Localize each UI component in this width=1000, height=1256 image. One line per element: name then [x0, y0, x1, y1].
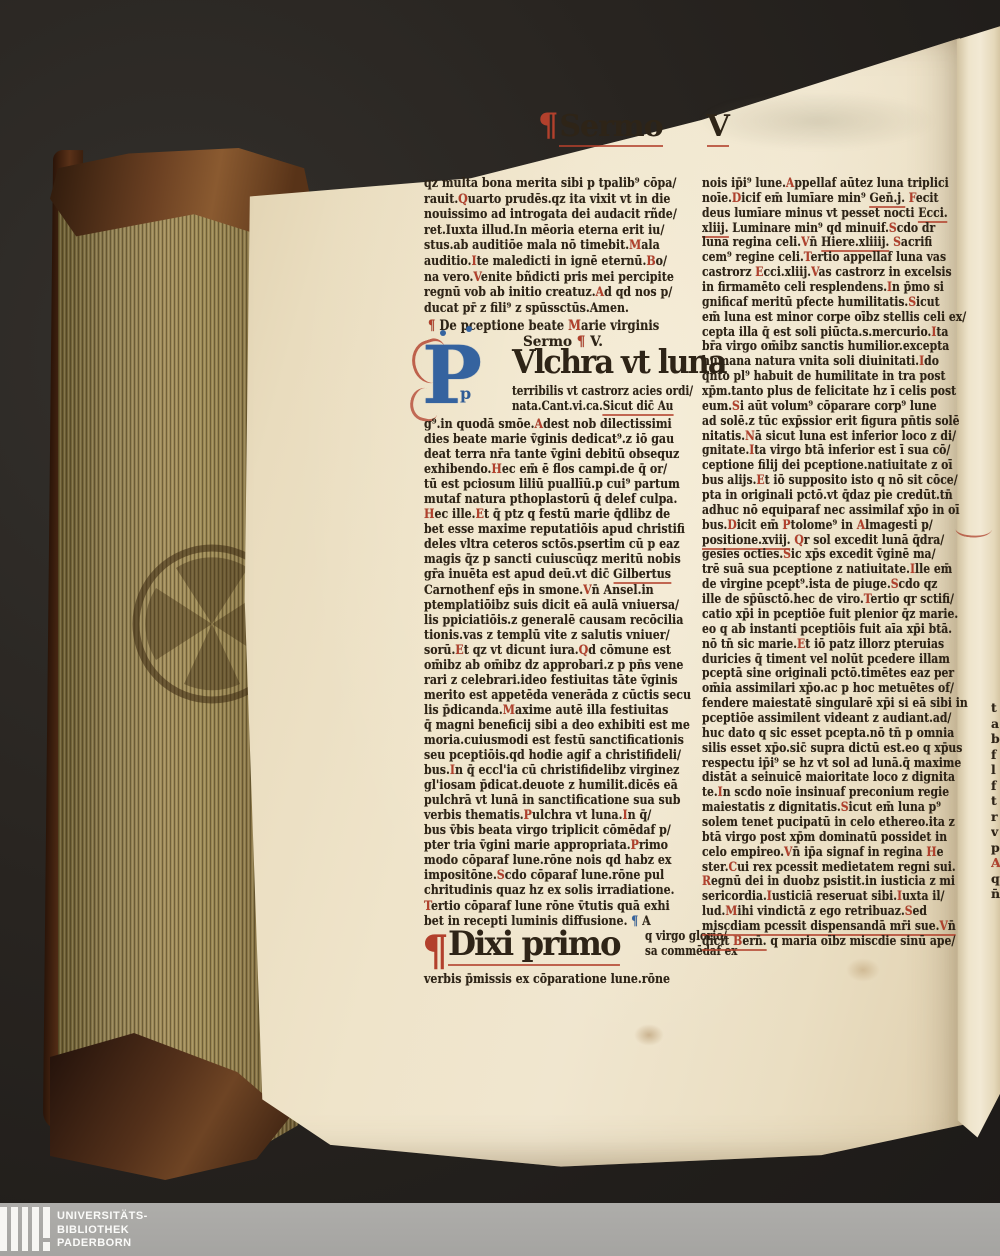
text-line: modo cōparaf lune.rōne nois qd habz ex — [424, 853, 660, 868]
text-line: t — [991, 793, 1000, 809]
incipit-heading: Vlchra vt luna — [512, 342, 726, 381]
right-column-text: nois ip̄i⁹ lune.Appellaf aūtez luna trip… — [702, 176, 986, 949]
text-line: te.In scdo noīe insinuaf preconium regie — [702, 785, 941, 800]
text-line: seu pceptiōis.qd hodie agif a christifid… — [424, 748, 660, 763]
text-line: gnificaf meritū pfecte humilitatis.Sicut — [702, 295, 941, 310]
text-line: pulchrā vt lunā in sanctificatione sua s… — [424, 793, 660, 808]
text-line: ad solē.z tūc exp̄ssior erit figura pn̄t… — [702, 414, 941, 429]
blue-dot — [440, 330, 446, 336]
logo-bar — [0, 1207, 7, 1251]
logo-bar — [32, 1207, 39, 1251]
text-line: ille de sp̄ūsctō.hec de viro.Tertio qr s… — [702, 592, 941, 607]
text-line: pceptiōe assimilent videant z audiant.ad… — [702, 711, 941, 726]
text-line: huc dato q sic esset pcepta.nō tn̄ p omn… — [702, 726, 941, 741]
text-line: auditio.Ite maledicti in ignē eternū.Bo/ — [424, 254, 660, 270]
text-line: noīe.Dicif em̄ lumīare min⁹ Gen̄.j. Feci… — [702, 191, 941, 206]
text-line: qz multa bona merita sibi p tpalib⁹ cōpa… — [424, 176, 660, 192]
text-line: deat terra nr̄a tante v̄gini debitū obse… — [424, 447, 660, 462]
text-line: moria.cuiusmodi est festū sanctification… — [424, 733, 660, 748]
text-line: gr̄a inuēta est apud deū.vt dic̄ Gilbert… — [424, 567, 660, 582]
running-head-number: V — [707, 109, 729, 147]
text-line: magis q̄z p sancti cuiuscūqz meritū nobi… — [424, 552, 660, 567]
text-line: deus lumīare minus vt pesset nocti Ecci. — [702, 206, 941, 221]
text-line: lis p̄dicanda.Maxime autē illa festiuita… — [424, 703, 660, 718]
left-column-body-text: g⁹.in quodā smōe.Adest nob dilectissimid… — [424, 417, 702, 929]
text-line: f — [991, 778, 1000, 794]
text-line: bus v̄bis beata virgo triplicit cōmēdaf … — [424, 823, 660, 838]
text-line: q — [991, 871, 1000, 887]
guide-letter: p — [460, 384, 471, 403]
library-name-line: UNIVERSITÄTS- — [57, 1210, 148, 1224]
text-line: dicit Bern̄. q maria oībz miscdie sinū a… — [702, 934, 941, 949]
text-line: nitatis.Nā sicut luna est inferior loco … — [702, 429, 941, 444]
text-line: l — [991, 762, 1000, 778]
library-name-line: BIBLIOTHEK — [57, 1224, 148, 1238]
text-line: f — [991, 747, 1000, 763]
text-line: om̄ibz ab om̄ibz dz approbari.z p pn̄s v… — [424, 658, 660, 673]
text-line: v — [991, 824, 1000, 840]
text-line: fendere maiestatē singularē xp̄i si eā s… — [702, 696, 941, 711]
running-head-title: Sermo — [559, 109, 662, 147]
text-line: stus.ab auditiōe mala nō timebit.Mala — [424, 238, 660, 254]
text-line: sorū.Et qz vt dicunt iura.Qd cōmune est — [424, 643, 660, 658]
text-line: gnitate.Ita virgo btā inferior est ī sua… — [702, 443, 941, 458]
text-line: miscdiam pcessit dispensandā mr̄i sue.Vn… — [702, 919, 941, 934]
text-line: pta in originali pctō.vt q̄daz pie credū… — [702, 488, 941, 503]
indented-lines-beside-initial: terribilis vt castrorz acies ordi/nata.C… — [512, 384, 708, 415]
logo-bar — [22, 1207, 29, 1251]
text-line: distāt a seinuicē maioritate loco z dign… — [702, 770, 941, 785]
text-line: catio xp̄i in pceptiōe fuit plenior q̄z … — [702, 607, 941, 622]
text-line: gl'iosam p̄dicat.deuote z humilit.dicēs … — [424, 778, 660, 793]
text-line: bus alijs.Et iō supposito isto q nō sit … — [702, 473, 941, 488]
paper-stain — [846, 958, 880, 982]
library-name: UNIVERSITÄTS- BIBLIOTHEK PADERBORN — [57, 1210, 148, 1251]
text-line: gesies octies.Sic xp̄s excedit v̄ginē ma… — [702, 547, 941, 562]
lombard-initial-block: P p — [420, 344, 512, 424]
text-line: t — [991, 700, 1000, 716]
text-line: ret.Iuxta illud.In mēoria eterna erit iu… — [424, 223, 660, 239]
text-line: a — [991, 716, 1000, 732]
text-line: btā virgo post xp̄m dominatū possidet in — [702, 830, 941, 845]
text-line: castrorz Ecci.xliij.Vas castrorz in exce… — [702, 265, 941, 280]
text-line: bus.In q̄ eccl'ia cū christifidelibz vir… — [424, 763, 660, 778]
text-line: p — [991, 840, 1000, 856]
text-line: tionis.vas z templū vite z salutis vniue… — [424, 628, 660, 643]
text-line: maiestatis z dignitatis.Sicut em̄ luna p… — [702, 800, 941, 815]
text-line: de virgine pcept⁹.ista de piuge.Scdo qz — [702, 577, 941, 592]
text-line: em̄ luna est minor corpe oībz stellis ce… — [702, 310, 941, 325]
text-line: celo empireo.Vn̄ ip̄a signaf in regina H… — [702, 845, 941, 860]
text-line: ducat pr̄ z fili⁹ z spūssctūs.Amen. — [424, 301, 660, 317]
text-line: q̄nto pl⁹ habuit de humilitate in tra po… — [702, 369, 941, 384]
text-line: bus.Dicit em̄ Ptolome⁹ in Almagesti p/ — [702, 518, 941, 533]
text-line: solem tenet pucipatū in celo ethereo.ita… — [702, 815, 941, 830]
text-line: deles vltra ceteros sctōs.psertim cū p e… — [424, 537, 660, 552]
pilcrow-icon: ¶ — [422, 926, 449, 975]
text-line: impositōne.Scdo cōparaf lune.rōne pul — [424, 868, 660, 883]
text-line: adhuc nō equiparaf nec assimilaf xp̄o in… — [702, 503, 941, 518]
photograph-incunabulum-page: { "colors":{"ink":"#2e2417","rubric":"#b… — [0, 0, 1000, 1256]
text-line: lis ppiciatiōis.z generalē causam recōci… — [424, 613, 660, 628]
text-line: regnū vob ab initio creatuz.Ad qd nos p/ — [424, 285, 660, 301]
left-column-intro-text: qz multa bona merita sibi p tpalib⁹ cōpa… — [424, 176, 702, 316]
text-line: Tertio cōparaf lune rōne v̄tutis quā exh… — [424, 899, 660, 914]
text-line: merito est appetēda venerāda z cūctis se… — [424, 688, 660, 703]
text-line: trē suā sua pceptione z natiuitate.Ille … — [702, 562, 941, 577]
text-line: humana natura vnita soli diuinitati.Ido — [702, 354, 941, 369]
library-footer-bar — [0, 1203, 1000, 1256]
text-line: br̄a virgo om̄ibz sanctis humilior.excep… — [702, 339, 941, 354]
text-line: pceptā sine originali pctō.timētes eaz p… — [702, 666, 941, 681]
dixi-closing-line: verbis p̄missis ex cōparatione lune.rōne — [424, 972, 713, 987]
text-line: cepta illa q̄ est soli piūcta.s.mercurio… — [702, 325, 941, 340]
text-line: xliij. Luminare min⁹ qd minuif.Scdo dr — [702, 221, 941, 236]
text-line: mutaf natura pthoplastorū q̄ delef culpa… — [424, 492, 660, 507]
text-line: exhibendo.Hec em̄ ē flos campi.de q̄ or/ — [424, 462, 660, 477]
dixi-primo-heading: Dixi primo — [448, 924, 620, 966]
text-line: pter tria v̄gini marie appropriata.Primo — [424, 838, 660, 853]
text-line: cem⁹ regine celi.Tertio appellaf luna va… — [702, 250, 941, 265]
text-line: xp̄m.tanto plus de felicitate hz ī celis… — [702, 384, 941, 399]
logo-exclamation-bar — [43, 1207, 50, 1251]
text-line: A — [991, 855, 1000, 871]
text-line: eum.Si aūt volum⁹ cōparare corp⁹ lune — [702, 399, 941, 414]
library-name-line: PADERBORN — [57, 1237, 148, 1251]
text-line: na vero.Venite bñdicti pris mei percipit… — [424, 270, 660, 286]
cutoff-text-fragments: tabflftrvpAqn̄ — [991, 700, 1000, 952]
text-line: verbis thematis.Pulchra vt luna.In q̄/ — [424, 808, 660, 823]
text-line: b — [991, 731, 1000, 747]
text-line: nata.Cant.vi.ca.Sicut dic̄ Au — [512, 399, 669, 414]
blue-dot — [466, 326, 472, 332]
text-line: in firmamēto celi resplendens.In p̄mo si — [702, 280, 941, 295]
paper-stain — [634, 1024, 664, 1046]
text-line: ptemplatiōibz suis dicit eā aulā vniuers… — [424, 598, 660, 613]
text-line: n̄ — [991, 886, 1000, 902]
logo-bar — [11, 1207, 18, 1251]
text-line: om̄ia assimilari xp̄o.ac p hoc metuētes … — [702, 681, 941, 696]
text-line: rauit.Quarto prudēs.qz ita vixit vt in d… — [424, 192, 660, 208]
text-line: positione.xviij. Qr sol excedit lunā q̄d… — [702, 533, 941, 548]
text-line: eo q ab instanti pceptiōis fuit aīa xp̄i… — [702, 622, 941, 637]
text-line: rari z celebrari.ideo festiuitas tāte v̄… — [424, 673, 660, 688]
text-line: dies beate marie v̄ginis dedicat⁹.z iō g… — [424, 432, 660, 447]
text-line: sericordia.Iusticiā reseruat sibi.Iuxta … — [702, 889, 941, 904]
text-line: ster.Cui rex pcessit medietatem regni su… — [702, 860, 941, 875]
text-line: Regnū dei in duobz psistit.in iusticia z… — [702, 874, 941, 889]
text-line: nois ip̄i⁹ lune.Appellaf aūtez luna trip… — [702, 176, 941, 191]
text-line: lud.Mihi vindictā z ego retribuaz.Sed — [702, 904, 941, 919]
text-line: Carnothenf ep̄s in smone.Vn̄ Ansel.in — [424, 583, 660, 598]
text-line: respectu ip̄i⁹ se hz vt sol ad lunā.q̄ m… — [702, 756, 941, 771]
text-line: bet esse maxime reputatiōis apud christi… — [424, 522, 660, 537]
running-head: ¶SermoV — [538, 106, 729, 144]
text-line: chritudinis quaz hz ex solis irradiation… — [424, 883, 660, 898]
text-line: Hec ille.Et q̄ ptz q festū marie q̄dlibz… — [424, 507, 660, 522]
text-line: r — [991, 809, 1000, 825]
text-line: tū est pciosum liliū puallīū.p cui⁹ part… — [424, 477, 660, 492]
text-line: nō tn̄ sic marie.Et iō patz illorz pteru… — [702, 637, 941, 652]
text-line: ceptione filij dei pceptione.natiuitate … — [702, 458, 941, 473]
text-line: duricies q̄ timent vel nolūt pcedere ill… — [702, 652, 941, 667]
ink-showthrough-smudge — [700, 92, 935, 150]
text-line: silis esset xp̄o.sic̄ supra dictū est.eo… — [702, 741, 941, 756]
text-line: g⁹.in quodā smōe.Adest nob dilectissimi — [424, 417, 660, 432]
text-line: nouissimo ad introgata dei audacit rñde/ — [424, 207, 660, 223]
text-line: terribilis vt castrorz acies ordi/ — [512, 384, 669, 399]
pilcrow-icon: ¶ — [538, 106, 557, 144]
ub-paderborn-logo-icon — [0, 1207, 50, 1253]
text-line: verbis p̄missis ex cōparatione lune.rōne — [424, 972, 670, 987]
text-line: luna regina celi.Vn̄ Hiere.xliiij. Sacri… — [702, 235, 941, 250]
text-line: q̄ magni beneficij sibi a deo exhibiti e… — [424, 718, 660, 733]
